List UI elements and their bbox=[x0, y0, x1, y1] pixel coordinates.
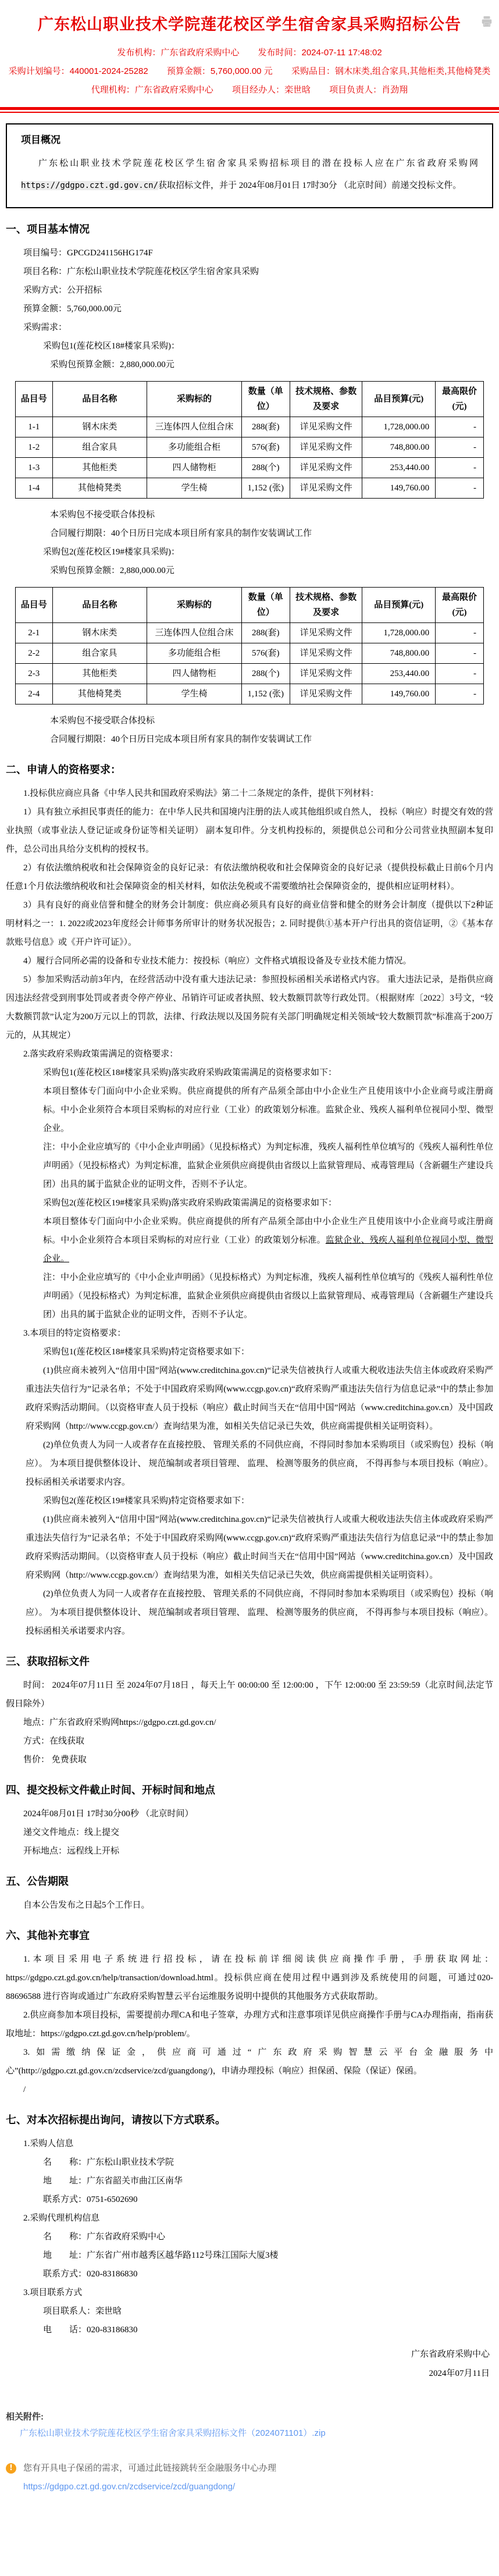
table-cell: - bbox=[436, 437, 484, 458]
table-cell: 149,760.00 bbox=[362, 684, 436, 705]
attachment-zip-link[interactable]: 广东松山职业技术学院莲花校区学生宿舍家具采购招标文件（2024071101）.z… bbox=[20, 2426, 326, 2440]
table-cell: 组合家具 bbox=[52, 643, 147, 664]
announcement-page: 广东松山职业技术学院莲花校区学生宿舍家具采购招标公告 发布机构：广东省政府采购中… bbox=[0, 0, 499, 2576]
col-item-no: 品目号 bbox=[16, 382, 53, 417]
col-specs: 技术规格、参数及要求 bbox=[290, 382, 362, 417]
table-cell: 详见采购文件 bbox=[290, 478, 362, 499]
paragraph: (2)单位负责人为同一人或者存在直接控股、 管理关系的不同供应商，不得同时参加本… bbox=[26, 1585, 493, 1641]
paragraph: 采购包2(莲花校区19#楼家具采购)落实政府采购政策需满足的资格要求如下： bbox=[43, 1194, 493, 1212]
table-row: 1-4其他椅凳类学生椅1,152 (张)详见采购文件149,760.00- bbox=[16, 478, 484, 499]
paragraph: 1）具有独立承担民事责任的能力：在中华人民共和国境内注册的法人或其他组织或自然人… bbox=[6, 803, 493, 859]
table-row: 1-2组合家具多功能组合柜576(套)详见采购文件748,800.00- bbox=[16, 437, 484, 458]
paragraph: 电 话：020-83186830 bbox=[43, 2321, 493, 2339]
paragraph: 采购包预算金额：2,880,000.00元 bbox=[50, 355, 493, 374]
paragraph: 2.采购代理机构信息 bbox=[6, 2209, 493, 2228]
paragraph: 递交文件地点：线上提交 bbox=[6, 1823, 493, 1842]
meta-line-3: 代理机构：广东省政府采购中心 项目经办人：栾世晗 项目负责人：肖劲翔 bbox=[0, 81, 499, 99]
paragraph: 3.项目联系方式 bbox=[6, 2283, 493, 2302]
table-cell: 576(套) bbox=[241, 437, 290, 458]
table-cell: 钢木床类 bbox=[52, 623, 147, 643]
table-cell: - bbox=[436, 623, 484, 643]
table-cell: - bbox=[436, 643, 484, 664]
col-item-name: 品目名称 bbox=[52, 382, 147, 417]
col-budget: 品目预算(元) bbox=[362, 382, 436, 417]
paragraph: 3.如需缴纳保证金，供应商可通过“广东政府采购智慧云平台金融服务中心”(http… bbox=[6, 2043, 493, 2080]
table-row: 2-1钢木床类三连体四人位组合床288(套)详见采购文件1,728,000.00… bbox=[16, 623, 484, 643]
section-7-paras: 1.采购人信息名 称：广东松山职业技术学院地 址：广东省韶关市曲江区南华联系方式… bbox=[6, 2134, 493, 2339]
table-cell: 详见采购文件 bbox=[290, 458, 362, 478]
notice-text: 您有开具电子保函的需求，可通过此链接跳转至金融服务中心办理 bbox=[23, 2461, 276, 2475]
paragraph: 联系方式：020-83186830 bbox=[43, 2265, 493, 2283]
section-2-paras: 1.投标供应商应具备《中华人民共和国政府采购法》第二十二条规定的条件，提供下列材… bbox=[6, 784, 493, 1641]
paragraph: 采购包1(莲花校区18#楼家具采购)： bbox=[43, 337, 493, 355]
overview-paragraph: 广东松山职业技术学院莲花校区学生宿舍家具采购招标项目的潜在投标人应在广东省政府采… bbox=[21, 152, 478, 197]
publish-time: 发布时间：2024-07-11 17:48:02 bbox=[258, 48, 382, 58]
budget-amount: 预算金额：5,760,000.00 元 bbox=[167, 66, 273, 76]
paragraph: 方式：在线获取 bbox=[6, 1732, 493, 1750]
paragraph: 3）具有良好的商业信誉和健全的财务会计制度：供应商必须具有良好的商业信誉和健全的… bbox=[6, 896, 493, 952]
table-cell: - bbox=[436, 417, 484, 437]
col-specs: 技术规格、参数及要求 bbox=[290, 588, 362, 623]
table-cell: 学生椅 bbox=[147, 684, 242, 705]
paragraph: / bbox=[6, 2080, 493, 2099]
table-header-row: 品目号 品目名称 采购标的 数量（单位） 技术规格、参数及要求 品目预算(元) … bbox=[16, 588, 484, 623]
paragraph: 项目名称：广东松山职业技术学院莲花校区学生宿舍家具采购 bbox=[6, 262, 493, 281]
section-4-heading: 四、提交投标文件截止时间、开标时间和地点 bbox=[6, 1781, 493, 1799]
procurement-items: 采购品目：钢木床类,组合家具,其他柜类,其他椅凳类 bbox=[291, 66, 491, 76]
plan-number: 采购计划编号：440001-2024-25282 bbox=[9, 66, 148, 76]
table-cell: 其他椅凳类 bbox=[52, 684, 147, 705]
paragraph: 采购包1(莲花校区18#楼家具采购)特定资格要求如下： bbox=[43, 1343, 493, 1361]
col-price-cap: 最高限价(元) bbox=[436, 588, 484, 623]
table-cell: 288(套) bbox=[241, 417, 290, 437]
paragraph: 时间： 2024年07月11日 至 2024年07月18日 ，每天上午 00:0… bbox=[6, 1676, 493, 1713]
col-price-cap: 最高限价(元) bbox=[436, 382, 484, 417]
table-row: 2-2组合家具多功能组合柜576(套)详见采购文件748,800.00- bbox=[16, 643, 484, 664]
page-title: 广东松山职业技术学院莲花校区学生宿舍家具采购招标公告 bbox=[0, 14, 499, 35]
paragraph: 采购包预算金额：2,880,000.00元 bbox=[50, 561, 493, 580]
table-cell: 2-3 bbox=[16, 664, 53, 684]
table-cell: - bbox=[436, 684, 484, 705]
table-cell: 1,152 (张) bbox=[241, 478, 290, 499]
overview-text-suffix: 获取招标文件，并于 2024年08月01日 17时30分 （北京时间）前递交投标… bbox=[158, 181, 461, 190]
paragraph: 售价： 免费获取 bbox=[6, 1750, 493, 1769]
publisher: 发布机构：广东省政府采购中心 bbox=[117, 48, 239, 58]
table-row: 1-1钢木床类三连体四人位组合床288(套)详见采购文件1,728,000.00… bbox=[16, 417, 484, 437]
table-cell: 2-4 bbox=[16, 684, 53, 705]
table-cell: 2-1 bbox=[16, 623, 53, 643]
table-cell: 1,152 (张) bbox=[241, 684, 290, 705]
paragraph: 地点：广东省政府采购网https://gdgpo.czt.gd.gov.cn/ bbox=[6, 1713, 493, 1732]
table-row: 1-3其他柜类四人储物柜288(个)详见采购文件253,440.00- bbox=[16, 458, 484, 478]
project-overview-box: 项目概况 广东松山职业技术学院莲花校区学生宿舍家具采购招标项目的潜在投标人应在广… bbox=[6, 123, 493, 208]
table-cell: 253,440.00 bbox=[362, 458, 436, 478]
section-3-heading: 三、获取招标文件 bbox=[6, 1653, 493, 1671]
section-1-heading: 一、项目基本情况 bbox=[6, 220, 493, 239]
table-cell: 详见采购文件 bbox=[290, 684, 362, 705]
meta-line-2: 采购计划编号：440001-2024-25282 预算金额：5,760,000.… bbox=[0, 63, 499, 80]
table-cell: 多功能组合柜 bbox=[147, 437, 242, 458]
guarantee-notice: ! 您有开具电子保函的需求，可通过此链接跳转至金融服务中心办理 https://… bbox=[6, 2461, 493, 2494]
table-cell: 其他柜类 bbox=[52, 664, 147, 684]
paragraph: (1)供应商未被列入“信用中国”网站(www.creditchina.gov.c… bbox=[26, 1510, 493, 1585]
meta-line-1: 发布机构：广东省政府采购中心 发布时间：2024-07-11 17:48:02 bbox=[0, 44, 499, 62]
warning-icon: ! bbox=[6, 2463, 16, 2474]
section-7-heading: 七、对本次招标提出询问，请按以下方式联系。 bbox=[6, 2111, 493, 2129]
table-cell: 多功能组合柜 bbox=[147, 643, 242, 664]
paragraph: 合同履行期限：40个日历日完成本项目所有家具的制作安装调试工作 bbox=[50, 730, 493, 749]
portal-url: https://gdgpo.czt.gd.gov.cn/ bbox=[21, 181, 158, 190]
table-row: 2-4其他椅凳类学生椅1,152 (张)详见采购文件149,760.00- bbox=[16, 684, 484, 705]
col-quantity: 数量（单位） bbox=[241, 382, 290, 417]
table-cell: 288(套) bbox=[241, 623, 290, 643]
attachments-block: 相关附件: 广东松山职业技术学院莲花校区学生宿舍家具采购招标文件（2024071… bbox=[6, 2410, 493, 2440]
table-cell: 748,800.00 bbox=[362, 643, 436, 664]
table-cell: 其他椅凳类 bbox=[52, 478, 147, 499]
table-cell: 288(个) bbox=[241, 664, 290, 684]
project-leader: 项目负责人：肖劲翔 bbox=[329, 85, 408, 95]
overview-heading: 项目概况 bbox=[21, 130, 478, 150]
table-cell: - bbox=[436, 664, 484, 684]
table-cell: 1-2 bbox=[16, 437, 53, 458]
table-cell: - bbox=[436, 458, 484, 478]
package-1-items-table: 品目号 品目名称 采购标的 数量（单位） 技术规格、参数及要求 品目预算(元) … bbox=[15, 381, 484, 499]
paragraph: 本采购包不接受联合体投标 bbox=[50, 506, 493, 524]
table-cell: 三连体四人位组合床 bbox=[147, 623, 242, 643]
table-cell: 748,800.00 bbox=[362, 437, 436, 458]
paragraph: 5）参加采购活动前3年内，在经营活动中没有重大违法记录：参照投标函相关承诺格式内… bbox=[6, 970, 493, 1045]
table-cell: 详见采购文件 bbox=[290, 437, 362, 458]
paragraph: 采购包2(莲花校区19#楼家具采购)： bbox=[43, 543, 493, 561]
signature-org: 广东省政府采购中心 bbox=[6, 2345, 493, 2364]
paragraph: 名 称：广东松山职业技术学院 bbox=[43, 2153, 493, 2172]
table-cell: - bbox=[436, 478, 484, 499]
paragraph: 本项目整体专门面向中小企业采购。供应商提供的所有产品须全部由中小企业生产且使用该… bbox=[43, 1082, 493, 1138]
section-5-paras: 自本公告发布之日起5个工作日。 bbox=[6, 1896, 493, 1915]
table-cell: 576(套) bbox=[241, 643, 290, 664]
paragraph: 本项目整体专门面向中小企业采购。供应商提供的所有产品须全部由中小企业生产且使用该… bbox=[43, 1212, 493, 1268]
section-1-lines: 项目编号：GPCGD241156HG174F项目名称：广东松山职业技术学院莲花校… bbox=[6, 244, 493, 374]
table-cell: 1,728,000.00 bbox=[362, 623, 436, 643]
paragraph: 项目联系人：栾世晗 bbox=[43, 2302, 493, 2321]
paragraph: 采购包1(莲花校区18#楼家具采购)落实政府采购政策需满足的资格要求如下： bbox=[43, 1063, 493, 1082]
table-cell: 钢木床类 bbox=[52, 417, 147, 437]
paragraph: 预算金额：5,760,000.00元 bbox=[6, 300, 493, 318]
finance-center-link[interactable]: https://gdgpo.czt.gd.gov.cn/zcdservice/z… bbox=[23, 2480, 235, 2494]
between-tables-lines: 本采购包不接受联合体投标合同履行期限：40个日历日完成本项目所有家具的制作安装调… bbox=[6, 506, 493, 580]
paragraph: 采购需求： bbox=[6, 318, 493, 337]
table-cell: 四人储物柜 bbox=[147, 664, 242, 684]
paragraph: 联系方式：0751-6502690 bbox=[43, 2190, 493, 2209]
paragraph: 3.本项目的特定资格要求： bbox=[6, 1324, 493, 1343]
paragraph: 地 址：广东省广州市越秀区越华路112号珠江国际大厦3楼 bbox=[43, 2246, 493, 2265]
announcement-body: 项目概况 广东松山职业技术学院莲花校区学生宿舍家具采购招标项目的潜在投标人应在广… bbox=[0, 123, 499, 2494]
table-cell: 组合家具 bbox=[52, 437, 147, 458]
agency: 代理机构：广东省政府采购中心 bbox=[91, 85, 213, 95]
header-divider bbox=[0, 107, 499, 113]
paragraph: 合同履行期限：40个日历日完成本项目所有家具的制作安装调试工作 bbox=[50, 524, 493, 543]
attachments-label: 相关附件: bbox=[6, 2410, 493, 2424]
paragraph: 2024年08月01日 17时30分00秒 （北京时间） bbox=[6, 1805, 493, 1823]
col-quantity: 数量（单位） bbox=[241, 588, 290, 623]
paragraph: 1.投标供应商应具备《中华人民共和国政府采购法》第二十二条规定的条件，提供下列材… bbox=[6, 784, 493, 803]
paragraph: 2.落实政府采购政策需满足的资格要求： bbox=[6, 1045, 493, 1063]
signature-date: 2024年07月11日 bbox=[6, 2364, 493, 2383]
table-cell: 1-1 bbox=[16, 417, 53, 437]
page-header: 广东松山职业技术学院莲花校区学生宿舍家具采购招标公告 发布机构：广东省政府采购中… bbox=[0, 0, 499, 99]
col-budget: 品目预算(元) bbox=[362, 588, 436, 623]
paragraph: 采购方式：公开招标 bbox=[6, 281, 493, 300]
table-cell: 1-4 bbox=[16, 478, 53, 499]
col-item-no: 品目号 bbox=[16, 588, 53, 623]
section-3-paras: 时间： 2024年07月11日 至 2024年07月18日 ，每天上午 00:0… bbox=[6, 1676, 493, 1769]
table-cell: 详见采购文件 bbox=[290, 417, 362, 437]
table-cell: 1-3 bbox=[16, 458, 53, 478]
after-tables-lines: 本采购包不接受联合体投标合同履行期限：40个日历日完成本项目所有家具的制作安装调… bbox=[6, 711, 493, 749]
paragraph: 注：中小企业应填写的《中小企业声明函》（见投标格式）为判定标准，残疾人福利性单位… bbox=[43, 1268, 493, 1324]
table-cell: 三连体四人位组合床 bbox=[147, 417, 242, 437]
section-4-paras: 2024年08月01日 17时30分00秒 （北京时间）递交文件地点：线上提交开… bbox=[6, 1805, 493, 1860]
paragraph: 4）履行合同所必需的设备和专业技术能力：按投标（响应）文件格式填报设备及专业技术… bbox=[6, 952, 493, 970]
paragraph: 2）有依法缴纳税收和社会保障资金的良好记录：有依法缴纳税收和社会保障资金的良好记… bbox=[6, 859, 493, 896]
print-icon[interactable] bbox=[480, 15, 493, 28]
table-cell: 其他柜类 bbox=[52, 458, 147, 478]
paragraph: (1)供应商未被列入“信用中国”网站(www.creditchina.gov.c… bbox=[26, 1361, 493, 1436]
col-item-name: 品目名称 bbox=[52, 588, 147, 623]
table-cell: 288(个) bbox=[241, 458, 290, 478]
col-subject: 采购标的 bbox=[147, 382, 242, 417]
table-cell: 149,760.00 bbox=[362, 478, 436, 499]
table-cell: 253,440.00 bbox=[362, 664, 436, 684]
paragraph: 名 称：广东省政府采购中心 bbox=[43, 2228, 493, 2246]
paragraph: 本采购包不接受联合体投标 bbox=[50, 711, 493, 730]
paragraph: 自本公告发布之日起5个工作日。 bbox=[6, 1896, 493, 1915]
overview-text-prefix: 广东松山职业技术学院莲花校区学生宿舍家具采购招标项目的潜在投标人应在广东省政府采… bbox=[38, 159, 478, 168]
section-2-heading: 二、申请人的资格要求： bbox=[6, 761, 493, 779]
section-6-heading: 六、其他补充事宜 bbox=[6, 1927, 493, 1945]
col-subject: 采购标的 bbox=[147, 588, 242, 623]
paragraph: 1.采购人信息 bbox=[6, 2134, 493, 2153]
table-cell: 四人储物柜 bbox=[147, 458, 242, 478]
section-5-heading: 五、公告期限 bbox=[6, 1873, 493, 1891]
table-cell: 学生椅 bbox=[147, 478, 242, 499]
paragraph: 注：中小企业应填写的《中小企业声明函》（见投标格式）为判定标准，残疾人福利性单位… bbox=[43, 1138, 493, 1194]
table-cell: 详见采购文件 bbox=[290, 643, 362, 664]
table-header-row: 品目号 品目名称 采购标的 数量（单位） 技术规格、参数及要求 品目预算(元) … bbox=[16, 382, 484, 417]
paragraph: 项目编号：GPCGD241156HG174F bbox=[6, 244, 493, 262]
paragraph: (2)单位负责人为同一人或者存在直接控股、 管理关系的不同供应商，不得同时参加本… bbox=[26, 1436, 493, 1492]
table-cell: 2-2 bbox=[16, 643, 53, 664]
section-6-paras: 1.本项目采用电子系统进行招投标，请在投标前详细阅读供应商操作手册，手册获取网址… bbox=[6, 1950, 493, 2099]
table-cell: 详见采购文件 bbox=[290, 664, 362, 684]
table-row: 2-3其他柜类四人储物柜288(个)详见采购文件253,440.00- bbox=[16, 664, 484, 684]
project-handler: 项目经办人：栾世晗 bbox=[232, 85, 311, 95]
paragraph: 1.本项目采用电子系统进行招投标，请在投标前详细阅读供应商操作手册，手册获取网址… bbox=[6, 1950, 493, 2006]
paragraph: 采购包2(莲花校区19#楼家具采购)特定资格要求如下： bbox=[43, 1492, 493, 1510]
paragraph: 开标地点：远程线上开标 bbox=[6, 1842, 493, 1860]
package-2-items-table: 品目号 品目名称 采购标的 数量（单位） 技术规格、参数及要求 品目预算(元) … bbox=[15, 587, 484, 705]
paragraph: 地 址：广东省韶关市曲江区南华 bbox=[43, 2172, 493, 2190]
paragraph: 2.供应商参加本项目投标，需要提前办理CA和电子签章，办理方式和注意事项详见供应… bbox=[6, 2006, 493, 2043]
table-cell: 详见采购文件 bbox=[290, 623, 362, 643]
table-cell: 1,728,000.00 bbox=[362, 417, 436, 437]
